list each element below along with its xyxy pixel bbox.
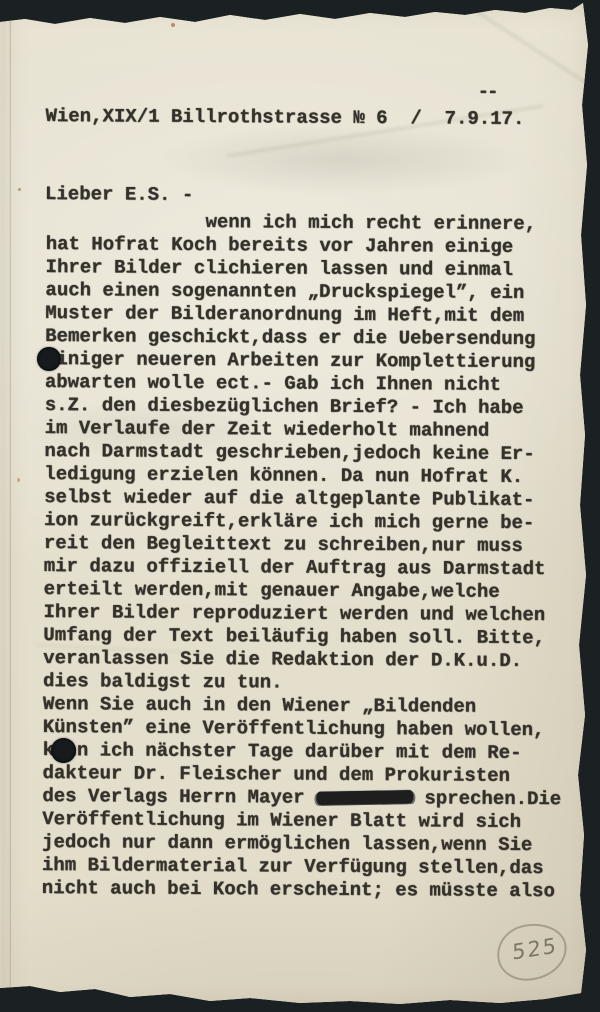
letter-line: Muster der Bilderanordnung im Heft,mit d… <box>45 302 564 328</box>
letter-line-hole-punched: einiger neueren Arbeiten zur Komplettier… <box>45 348 564 374</box>
redacted-line-prefix: des Verlags Herrn Mayer <box>42 785 316 809</box>
punch-hole-top <box>37 347 61 371</box>
handwritten-dash-mark: -- <box>478 81 497 103</box>
letter-line: dies baldigst zu tun. <box>43 670 562 696</box>
archive-annotation: 525 <box>497 924 567 980</box>
letter-line: abwarten wolle ect.- Gab ich Ihnen nicht <box>45 371 564 397</box>
letter-line: im Verlaufe der Zeit wiederholt mahnend <box>45 417 564 443</box>
letter-line: ledigung erzielen können. Da nun Hofrat … <box>44 463 563 489</box>
letter-line: Ihrer Bilder clichieren lassen und einma… <box>46 256 565 282</box>
letter-paper: -- Wien,XIX/1 Billrothstrasse № 6 / 7.9.… <box>0 0 600 1012</box>
letter-line: Künsten” eine Veröffentlichung haben wol… <box>43 716 562 742</box>
punch-hole-bottom <box>51 738 76 763</box>
letter-line: jedoch nur dann ermöglichen lassen,wenn … <box>42 831 561 857</box>
letter-line: Veröffentlichung im Wiener Blatt wird si… <box>42 808 561 834</box>
letter-line: erteilt werden,mit genauer Angabe,welche <box>44 578 563 604</box>
letter-line-hole-punched: kann ich nächster Tage darüber mit dem R… <box>43 739 562 765</box>
letter-line: reit den Begleittext zu schreiben,nur mu… <box>44 532 563 558</box>
dateline: Wien,XIX/1 Billrothstrasse № 6 / 7.9.17. <box>45 105 524 130</box>
letter-line: s.Z. den diesbezüglichen Brief? - Ich ha… <box>45 394 564 420</box>
letter-line: nicht auch bei Koch erscheint; es müsste… <box>42 877 561 903</box>
letter-line: Wenn Sie auch in den Wiener „Bildenden <box>43 693 562 719</box>
letter-line: auch einen sogenannten „Druckspiegel”, e… <box>45 279 564 305</box>
letter-line: dakteur Dr. Fleischer und dem Prokuriste… <box>42 762 561 788</box>
redacted-line-suffix: sprechen.Die <box>413 787 561 810</box>
letter-line: mir dazu offiziell der Auftrag aus Darms… <box>44 555 563 581</box>
salutation: Lieber E.S. - <box>45 183 193 206</box>
letter-line-redacted: des Verlags Herrn Mayer sprechen.Die <box>42 785 561 811</box>
letter-body: wenn ich mich recht erinnere, hat Hofrat… <box>42 210 565 903</box>
letter-line: ion zurückgreift,erkläre ich mich gerne … <box>44 509 563 535</box>
redacted-text <box>316 790 413 805</box>
letter-line: hat Hofrat Koch bereits vor Jahren einig… <box>46 233 565 259</box>
typewritten-text-layer: -- Wien,XIX/1 Billrothstrasse № 6 / 7.9.… <box>0 0 600 1012</box>
letter-line: nach Darmstadt geschrieben,jedoch keine … <box>44 440 563 466</box>
letter-line: veranlassen Sie die Redaktion der D.K.u.… <box>43 647 562 673</box>
letter-line: ihm Bildermaterial zur Verfügung stellen… <box>42 854 561 880</box>
letter-line: Ihrer Bilder reproduziert werden und wel… <box>43 601 562 627</box>
letter-line: selbst wieder auf die altgeplante Publik… <box>44 486 563 512</box>
letter-line: wenn ich mich recht erinnere, <box>46 210 565 236</box>
letter-line: Bemerken geschickt,dass er die Uebersend… <box>45 325 564 351</box>
letter-line: Umfang der Text beiläufig haben soll. Bi… <box>43 624 562 650</box>
